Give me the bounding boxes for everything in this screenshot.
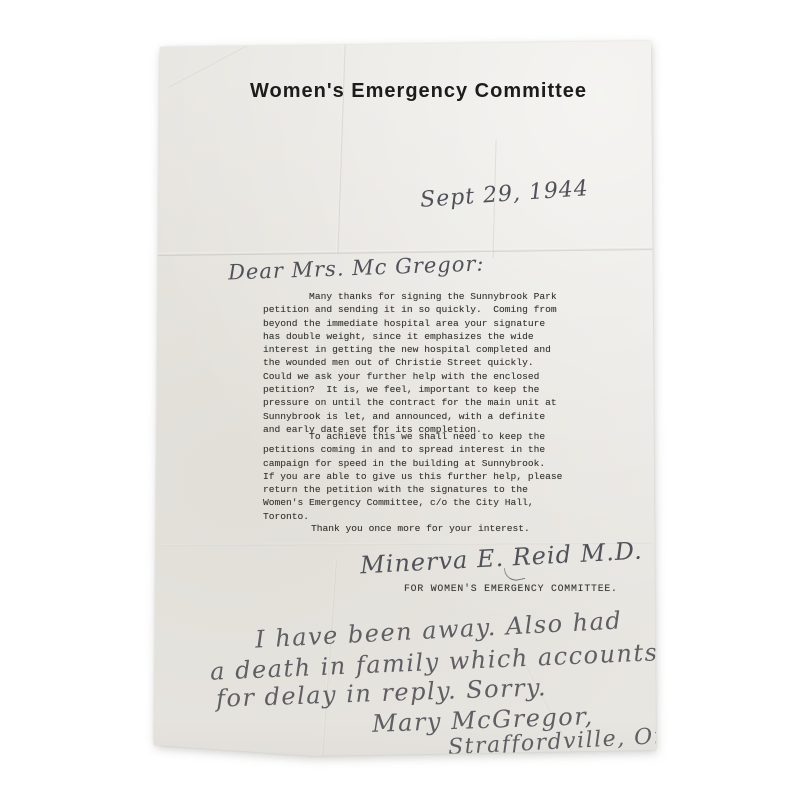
typed-text-line: has double weight, since it emphasizes t… bbox=[263, 330, 557, 343]
typed-text-line: Could we ask your further help with the … bbox=[263, 370, 557, 383]
typed-text-line: If you are able to give us this further … bbox=[263, 470, 562, 483]
signature-flourish bbox=[504, 564, 526, 583]
letter-paper: Women's Emergency Committee Sept 29, 194… bbox=[0, 0, 800, 800]
typed-text-line: campaign for speed in the building at Su… bbox=[263, 457, 562, 470]
typed-text-line: Sunnybrook is let, and announced, with a… bbox=[263, 410, 557, 423]
typed-text-line: the wounded men out of Christie Street q… bbox=[263, 356, 557, 369]
typed-closing-line: Thank you once more for your interest. bbox=[311, 522, 530, 535]
fold-crease-vertical-left bbox=[336, 42, 345, 254]
handwritten-date: Sept 29, 1944 bbox=[419, 176, 589, 213]
typed-paragraph-1: Many thanks for signing the Sunnybrook P… bbox=[263, 290, 557, 436]
typed-text-line: To achieve this we shall need to keep th… bbox=[263, 430, 562, 443]
typed-text-line: pressure on until the contract for the m… bbox=[263, 396, 557, 409]
typed-text-line: interest in getting the new hospital com… bbox=[263, 343, 557, 356]
typed-paragraph-2: To achieve this we shall need to keep th… bbox=[263, 430, 562, 523]
typed-text-line: petitions coming in and to spread intere… bbox=[263, 443, 562, 456]
typed-signature-title: FOR WOMEN'S EMERGENCY COMMITTEE. bbox=[404, 582, 618, 595]
typed-text-line: Women's Emergency Committee, c/o the Cit… bbox=[263, 496, 562, 509]
typed-text-line: petition? It is, we feel, important to k… bbox=[263, 383, 557, 396]
typed-text-line: Many thanks for signing the Sunnybrook P… bbox=[263, 290, 557, 303]
handwritten-salutation: Dear Mrs. Mc Gregor: bbox=[228, 252, 485, 285]
handwritten-signature: Minerva E. Reid M.D. bbox=[359, 537, 643, 580]
typed-text-line: petition and sending it in so quickly. C… bbox=[263, 303, 557, 316]
paper-surface: Women's Emergency Committee Sept 29, 194… bbox=[0, 0, 800, 800]
letterhead-title: Women's Emergency Committee bbox=[250, 80, 560, 103]
typed-text-line: return the petition with the signatures … bbox=[263, 483, 562, 496]
typed-text-line: beyond the immediate hospital area your … bbox=[263, 317, 557, 330]
photo-of-letter: Women's Emergency Committee Sept 29, 194… bbox=[0, 0, 800, 800]
